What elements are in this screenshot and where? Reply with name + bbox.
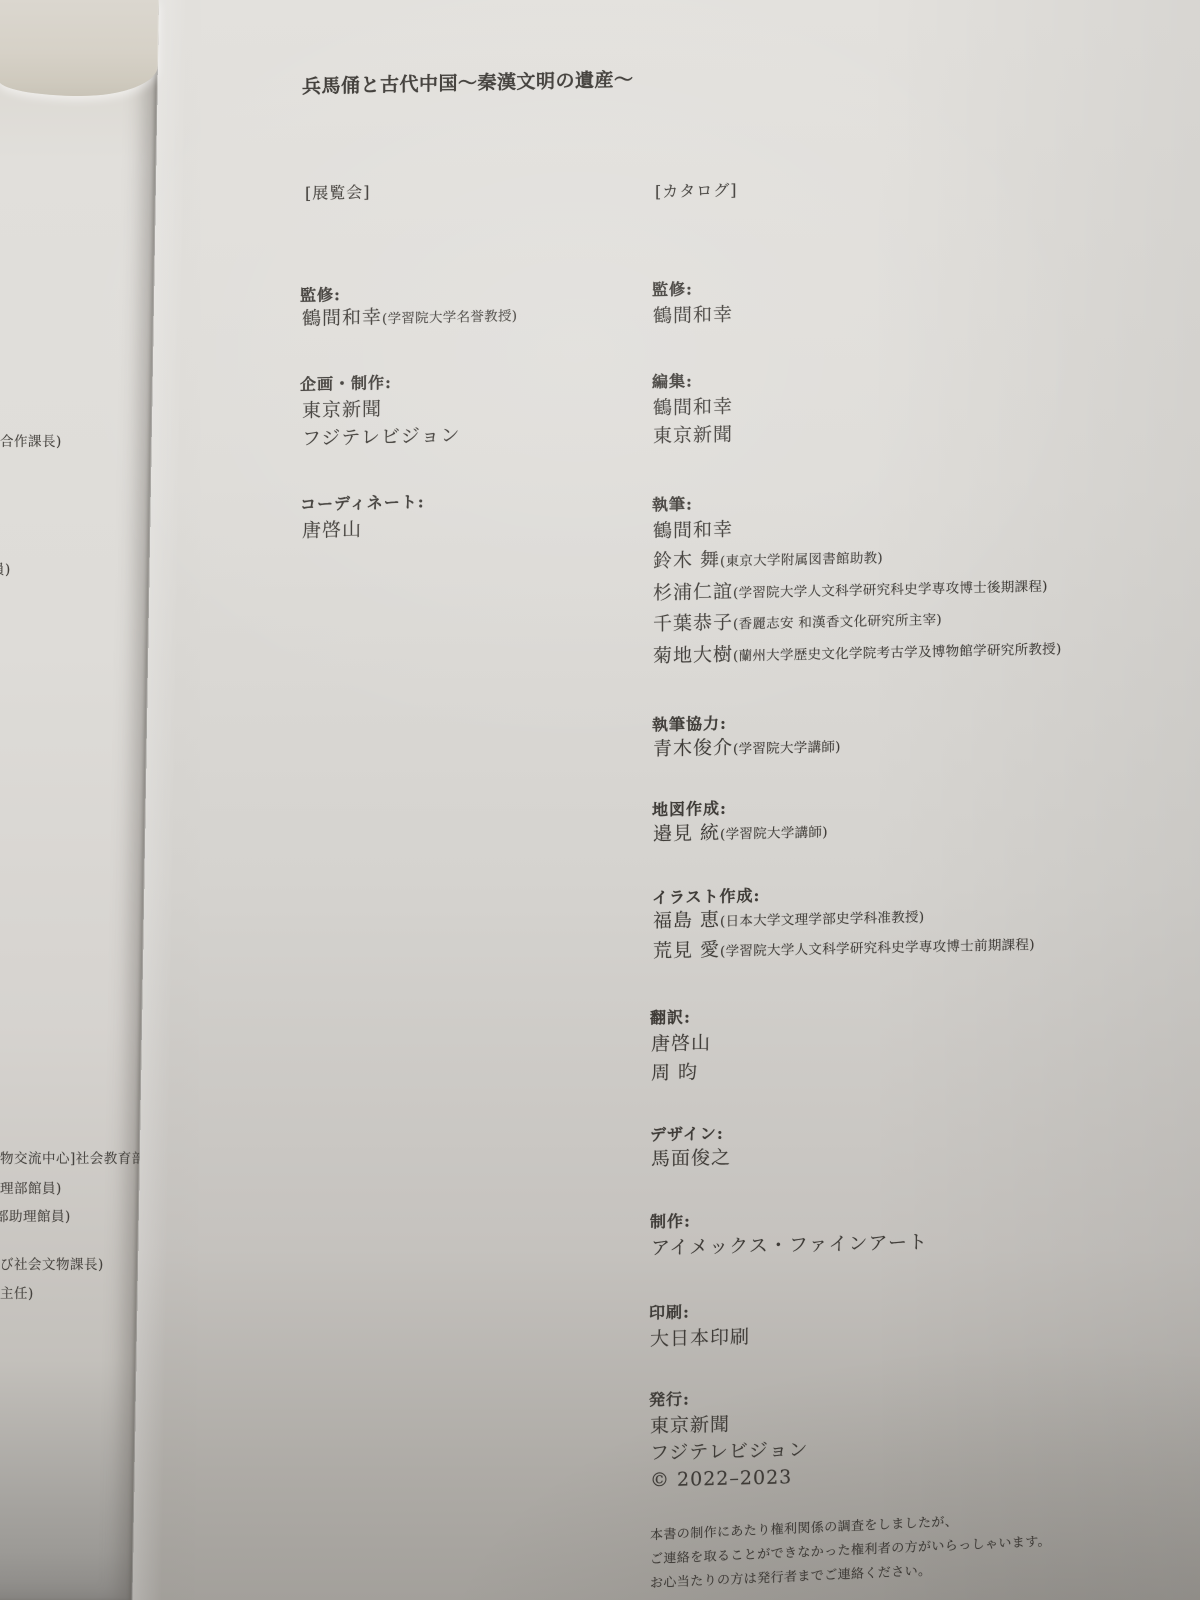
credit-name: 鶴間和幸 bbox=[653, 396, 733, 420]
section-label: 監修: bbox=[300, 285, 341, 305]
credit-name: フジテレビジョン bbox=[650, 1439, 808, 1464]
credit-line: 荒見 愛(学習院大学人文科学研究科史学専攻博士前期課程) bbox=[653, 932, 1035, 963]
rights-disclaimer: 本書の制作にあたり権利関係の調査をしましたが、 ご連絡を取ることができなかった権… bbox=[650, 1506, 1051, 1596]
credit-name: 菊地大樹 bbox=[653, 644, 733, 668]
credit-name: 馬面俊之 bbox=[651, 1147, 731, 1171]
book-spread-photo: 合作課長) 員) 物交流中心]社会教育部館 理部館員) 部助理館員) び社会文物… bbox=[0, 0, 1200, 1600]
credit-line: 青木俊介(学習院大学講師) bbox=[653, 734, 841, 761]
exhibition-column-header: [展覧会] bbox=[305, 182, 371, 203]
credit-line: 千葉恭子(香麗志安 和漢香文化研究所主宰) bbox=[653, 607, 942, 636]
credit-name: 大日本印刷 bbox=[650, 1326, 750, 1350]
credit-line: 東京新聞 bbox=[653, 424, 733, 449]
credit-name: 東京新聞 bbox=[302, 398, 382, 422]
section-label: 監修: bbox=[652, 279, 693, 299]
credit-note: (香麗志安 和漢香文化研究所主宰) bbox=[733, 612, 942, 633]
section-label: 編集: bbox=[652, 371, 693, 391]
section-label: 執筆協力: bbox=[652, 714, 727, 735]
section-label: デザイン: bbox=[650, 1124, 724, 1145]
credit-line: 唐啓山 bbox=[651, 1032, 711, 1056]
colophon-page-content: 兵馬俑と古代中国～秦漢文明の遺産～ [展覧会] 監修: 鶴間和幸(学習院大学名誉… bbox=[0, 0, 1200, 1600]
credit-line: 鶴間和幸 bbox=[653, 304, 733, 329]
credit-name: 鶴間和幸 bbox=[653, 519, 733, 543]
copyright-line: © 2022–2023 bbox=[650, 1466, 792, 1492]
section-label: コーディネート: bbox=[300, 492, 425, 514]
credit-note: (学習院大学名誉教授) bbox=[382, 308, 517, 327]
section-label: 制作: bbox=[650, 1211, 691, 1231]
credit-name: 鶴間和幸 bbox=[302, 306, 382, 330]
credit-line: 大日本印刷 bbox=[650, 1326, 750, 1351]
credit-line: 菊地大樹(蘭州大学歴史文化学院考古学及博物館学研究所教授) bbox=[653, 636, 1062, 668]
credit-line: 福島 恵(日本大学文理学部史学科准教授) bbox=[653, 904, 924, 933]
credit-note: (蘭州大学歴史文化学院考古学及博物館学研究所教授) bbox=[733, 641, 1062, 664]
credit-note: (学習院大学講師) bbox=[733, 739, 841, 757]
credit-note: (東京大学附属図書館助教) bbox=[720, 550, 883, 570]
credit-name: 周 昀 bbox=[651, 1061, 698, 1084]
copyright-text: © 2022–2023 bbox=[650, 1466, 792, 1491]
credit-name: 鶴間和幸 bbox=[653, 304, 733, 328]
credit-name: 邉見 統 bbox=[653, 822, 720, 845]
credit-line: 唐啓山 bbox=[302, 519, 362, 543]
credit-name: アイメックス・ファインアート bbox=[651, 1231, 928, 1259]
credit-note: (日本大学文理学部史学科准教授) bbox=[720, 909, 924, 929]
credit-name: 鈴木 舞 bbox=[653, 549, 720, 572]
credit-line: フジテレビジョン bbox=[302, 424, 460, 450]
credit-note: (学習院大学人文科学研究科史学専攻博士後期課程) bbox=[733, 579, 1048, 602]
credit-name: フジテレビジョン bbox=[302, 424, 460, 449]
credit-name: 唐啓山 bbox=[302, 519, 362, 542]
credit-line: 馬面俊之 bbox=[651, 1147, 731, 1172]
credit-line: 周 昀 bbox=[651, 1061, 698, 1085]
catalog-column-header: [カタログ] bbox=[655, 180, 738, 201]
credit-line: 鈴木 舞(東京大学附属図書館助教) bbox=[653, 545, 883, 573]
credit-line: 東京新聞 bbox=[302, 398, 382, 423]
section-label: 印刷: bbox=[649, 1302, 690, 1322]
credit-name: 杉浦仁誼 bbox=[653, 581, 733, 605]
credit-name: 東京新聞 bbox=[650, 1414, 730, 1438]
credit-line: 鶴間和幸(学習院大学名誉教授) bbox=[302, 303, 517, 330]
section-label: イラスト作成: bbox=[652, 886, 760, 908]
section-label: 翻訳: bbox=[650, 1007, 691, 1027]
credit-name: 千葉恭子 bbox=[653, 612, 733, 636]
credit-name: 東京新聞 bbox=[653, 424, 733, 448]
credit-line: アイメックス・ファインアート bbox=[651, 1231, 928, 1260]
section-label: 地図作成: bbox=[652, 799, 727, 820]
credit-line: 東京新聞 bbox=[650, 1414, 730, 1439]
credit-name: 荒見 愛 bbox=[653, 939, 720, 962]
credit-line: 邉見 統(学習院大学講師) bbox=[653, 819, 828, 846]
section-label: 企画・制作: bbox=[300, 373, 392, 394]
credit-name: 青木俊介 bbox=[653, 737, 733, 761]
credit-name: 唐啓山 bbox=[651, 1032, 711, 1055]
credit-line: 杉浦仁誼(学習院大学人文科学研究科史学専攻博士後期課程) bbox=[653, 574, 1048, 605]
credit-line: フジテレビジョン bbox=[650, 1439, 808, 1465]
section-label: 執筆: bbox=[652, 494, 693, 514]
section-label: 発行: bbox=[649, 1389, 690, 1409]
credit-note: (学習院大学講師) bbox=[720, 824, 828, 842]
page-title: 兵馬俑と古代中国～秦漢文明の遺産～ bbox=[302, 69, 634, 99]
credit-name: 福島 恵 bbox=[653, 909, 720, 932]
credit-note: (学習院大学人文科学研究科史学専攻博士前期課程) bbox=[720, 937, 1035, 960]
credit-line: 鶴間和幸 bbox=[653, 519, 733, 544]
credit-line: 鶴間和幸 bbox=[653, 396, 733, 421]
